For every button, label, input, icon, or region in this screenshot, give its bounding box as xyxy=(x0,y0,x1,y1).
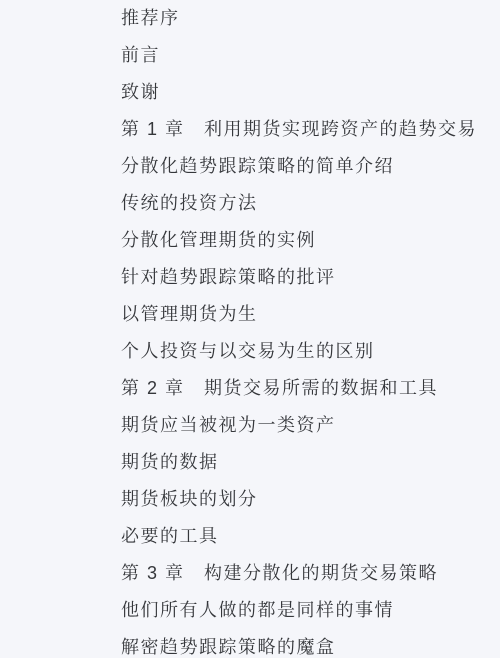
toc-item: 以管理期货为生 xyxy=(121,296,500,333)
toc-item: 前言 xyxy=(121,37,500,74)
table-of-contents: 推荐序 前言 致谢 第 1 章 利用期货实现跨资产的趋势交易 分散化趋势跟踪策略… xyxy=(0,0,500,658)
toc-item: 期货的数据 xyxy=(121,444,500,481)
toc-item: 期货板块的划分 xyxy=(121,481,500,518)
toc-item: 解密趋势跟踪策略的魔盒 xyxy=(121,629,500,658)
toc-item: 必要的工具 xyxy=(121,518,500,555)
toc-item: 第 1 章 利用期货实现跨资产的趋势交易 xyxy=(121,111,500,148)
toc-item: 分散化趋势跟踪策略的简单介绍 xyxy=(121,148,500,185)
toc-item: 个人投资与以交易为生的区别 xyxy=(121,333,500,370)
toc-item: 致谢 xyxy=(121,74,500,111)
toc-item: 第 2 章 期货交易所需的数据和工具 xyxy=(121,370,500,407)
toc-item: 第 3 章 构建分散化的期货交易策略 xyxy=(121,555,500,592)
toc-item: 传统的投资方法 xyxy=(121,185,500,222)
toc-item: 期货应当被视为一类资产 xyxy=(121,407,500,444)
toc-item: 推荐序 xyxy=(121,0,500,37)
toc-item: 针对趋势跟踪策略的批评 xyxy=(121,259,500,296)
toc-item: 他们所有人做的都是同样的事情 xyxy=(121,592,500,629)
toc-item: 分散化管理期货的实例 xyxy=(121,222,500,259)
toc-list: 推荐序 前言 致谢 第 1 章 利用期货实现跨资产的趋势交易 分散化趋势跟踪策略… xyxy=(121,0,500,658)
